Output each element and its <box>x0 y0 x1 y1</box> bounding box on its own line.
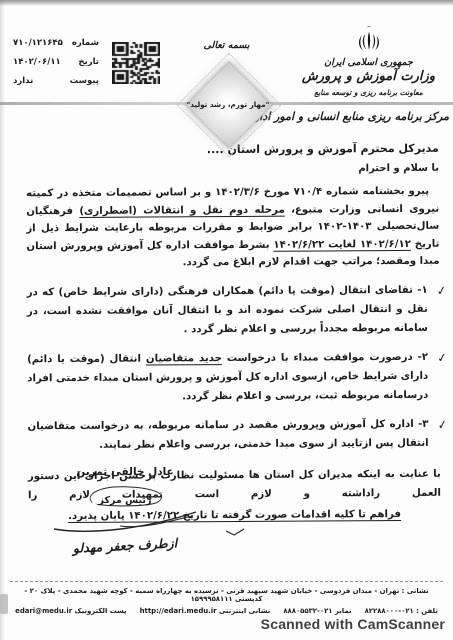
footer-fax: نمابر ۰۲۱-۸۸۸۰۵۵۳۲ <box>283 607 351 615</box>
signer-name: عادل خالقی ثمرین <box>40 466 210 478</box>
checkmark-icon: ✓ <box>435 281 448 301</box>
gov-deputy-title: معاونت برنامه ریزی و توسعه منابع <box>296 88 441 97</box>
footer-website: نشانی اینترنتی http://edari.medu.ir <box>140 607 271 615</box>
intro-paragraph: پیرو بخشنامه شماره ۷۱۰/۴ مورخ ۱۴۰۲/۳/۶ و… <box>26 183 440 273</box>
field-attachment: پیوست ندارد <box>13 76 99 86</box>
intro-underlined-phase: مرحله دوم نقل و انتقالات (اضطراری) <box>79 204 285 216</box>
field-attachment-label: پیوست <box>70 76 99 86</box>
item3-text: ۳- اداره کل آموزش وپرورش مقصد در سامانه … <box>27 419 428 451</box>
stamp-slogan-text: "مهار تورم، رشد تولید" <box>182 100 274 109</box>
field-attachment-value: ندارد <box>13 76 33 86</box>
field-date: تاریخ ۱۴۰۲/۰۶/۱۱ <box>13 57 99 67</box>
scanned-letter-page: جمهوری اسلامی ایران وزارت آموزش و پرورش … <box>0 0 453 640</box>
intro-underlined-dates: ۱۴۰۲/۶/۱۲ لغایت ۱۴۰۲/۶/۲۲ <box>273 239 411 251</box>
year-slogan-stamp: "مهار تورم، رشد تولید" <box>182 62 274 146</box>
checkmark-icon: ✓ <box>436 415 449 435</box>
scan-artifact <box>0 594 8 614</box>
signature-block: عادل خالقی ثمرین رئیس مرکز ازطرف جعفر مه… <box>40 466 210 553</box>
footer-phone: تلفن : ۰۲۱-۸۲۲۸۸۰۰۰ <box>365 607 438 615</box>
signature-stroke-icon <box>50 505 200 535</box>
list-item-1: ✓ ۱- تقاضای انتقال (موقت یا دائم) همکارا… <box>27 281 440 341</box>
tick-icon <box>224 528 246 537</box>
signer-title: رئیس مرکز <box>99 495 152 506</box>
field-date-value: ۱۴۰۲/۰۶/۱۱ <box>13 57 61 67</box>
list-item-3: ✓ ۳- اداره کل آموزش وپرورش مقصد در سامان… <box>27 415 440 456</box>
item2-before: ۲- درصورت موافقت مبداء با درخواست <box>222 352 428 364</box>
signer-title-wrap: رئیس مرکز <box>83 486 168 509</box>
on-behalf-handwriting: ازطرف جعفر مهدلو <box>40 534 211 558</box>
letterhead-right-block: جمهوری اسلامی ایران وزارت آموزش و پرورش … <box>296 24 441 97</box>
center-office-title: مرکز برنامه ریزی منابع انسانی و امور ادا… <box>245 110 449 123</box>
gov-country-title: جمهوری اسلامی ایران <box>296 57 441 68</box>
field-date-label: تاریخ <box>78 57 99 67</box>
gov-ministry-title: وزارت آموزش و پرورش <box>296 69 441 84</box>
footer-address: نشانی : تهران - میدان فردوسی - خیابان شه… <box>10 587 443 603</box>
scan-top-edge <box>0 0 453 6</box>
footer-block: نشانی : تهران - میدان فردوسی - خیابان شه… <box>10 581 443 615</box>
footer-contact: تلفن : ۰۲۱-۸۲۲۸۸۰۰۰ نمابر ۰۲۱-۸۸۸۰۵۵۳۲ ن… <box>10 607 443 615</box>
list-item-2: ✓ ۲- درصورت موافقت مبداء با درخواست جدید… <box>27 348 440 408</box>
footer-email: پست الکترونیک edari@medu.ir <box>15 607 126 615</box>
checkmark-icon: ✓ <box>435 348 448 368</box>
item2-underlined: جدید متقاضیان <box>146 353 222 364</box>
camscanner-watermark: Scanned with CamScanner <box>261 616 445 632</box>
salutation-line: با سلام و احترام <box>26 163 439 177</box>
scan-left-edge <box>0 0 5 640</box>
bismillah-text: بسمه تعالی <box>0 40 453 51</box>
item1-text: ۱- تقاضای انتقال (موقت یا دائم) همکاران … <box>27 285 428 335</box>
